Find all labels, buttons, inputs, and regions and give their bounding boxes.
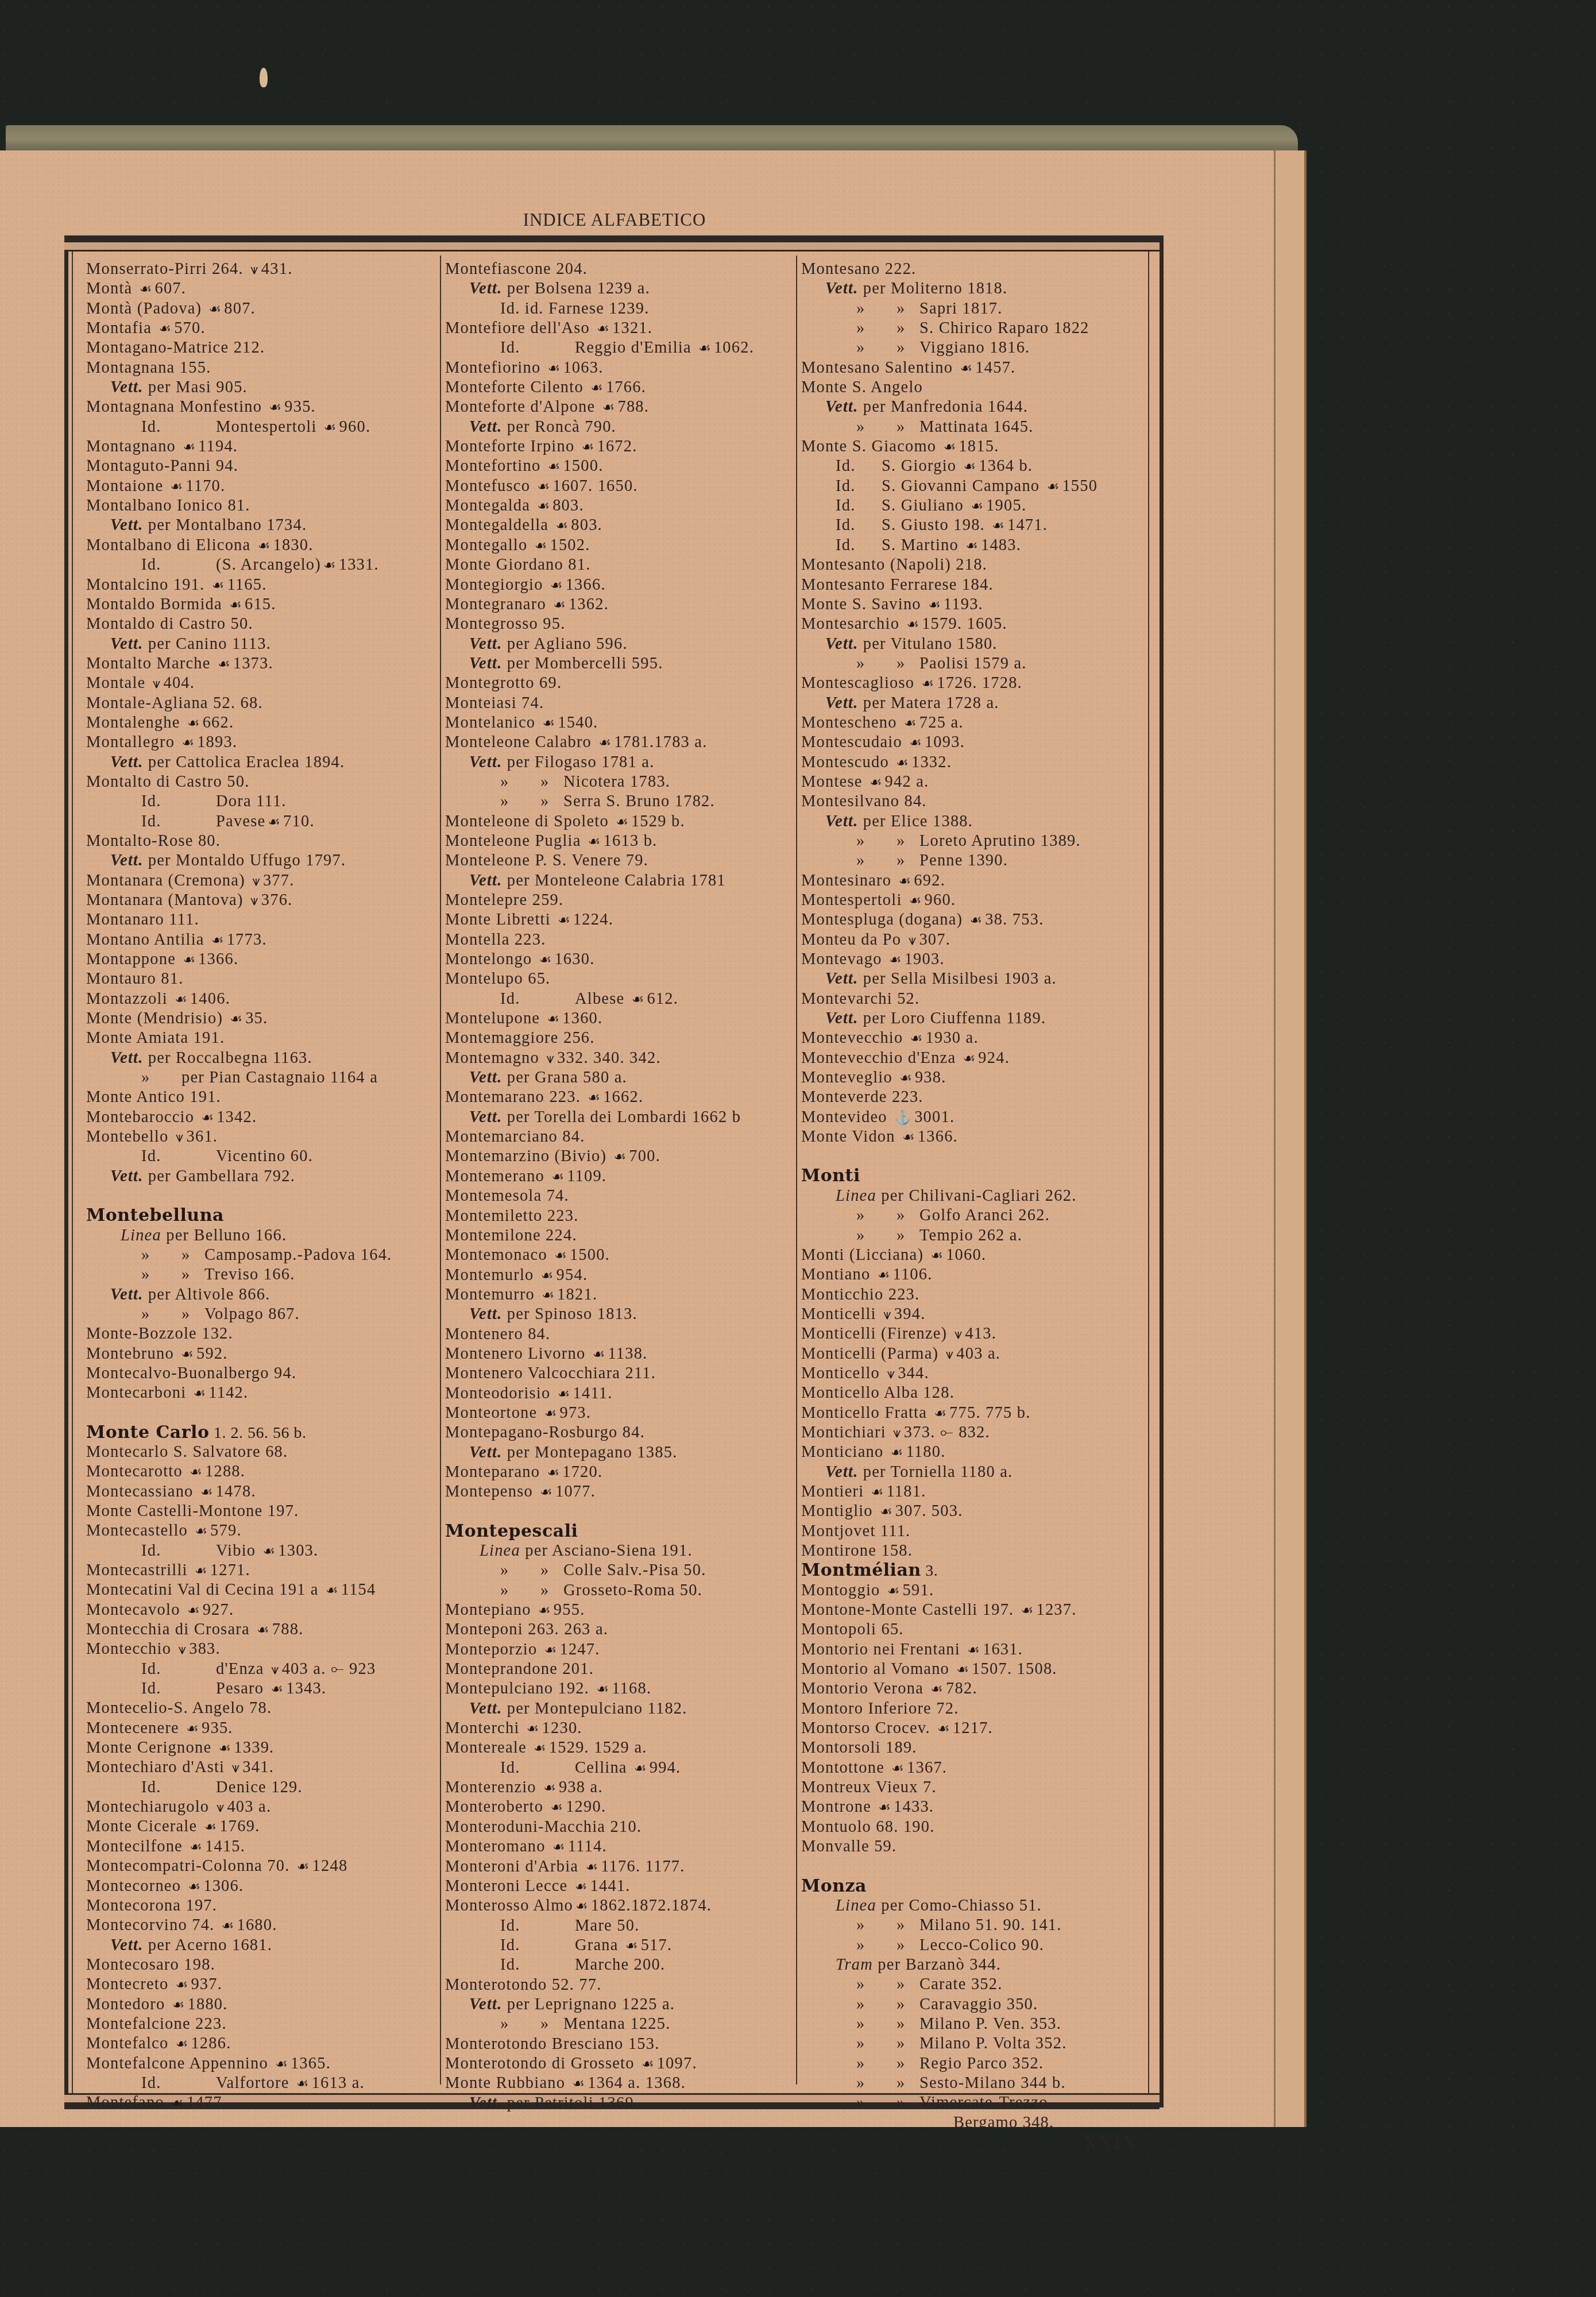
index-entry: Monte S. Giacomo ☙1815.	[801, 437, 1146, 457]
vett-label: Vett.	[825, 970, 863, 988]
stagecoach-icon: ☙	[187, 1601, 200, 1621]
stagecoach-icon: ☙	[218, 655, 231, 674]
entry-ref: 1471.	[1007, 516, 1048, 534]
stagecoach-icon: ☙	[906, 615, 919, 635]
entry-text: Monte Cicerale	[86, 1818, 202, 1835]
entry-text: Montorio Verona	[801, 1680, 928, 1697]
stagecoach-icon: ☙	[229, 595, 242, 615]
index-entry: Monteforte Cilento ☙1766.	[445, 378, 790, 397]
entry-text: Montegiorgio	[445, 576, 548, 594]
vett-label: Vett.	[110, 753, 148, 771]
stagecoach-icon: ☙	[534, 1739, 547, 1758]
index-entry: Montalbano Ionico 81.	[86, 496, 431, 516]
stagecoach-icon: ☙	[200, 1483, 214, 1502]
stagecoach-icon: ☙	[573, 2074, 586, 2094]
index-entry: Montemarciano 84.	[445, 1127, 790, 1147]
ditto-mark: »	[500, 772, 540, 792]
entry-text: Montjovet 111.	[801, 1522, 910, 1540]
entry-ref: 1060.	[946, 1246, 986, 1264]
entry-ref: 1540.	[558, 714, 598, 732]
entry-text: Lecco-Colico 90.	[919, 1936, 1044, 1954]
stagecoach-icon: ☙	[887, 1581, 901, 1601]
index-entry: Vett. per Petritoli 1369.	[445, 2094, 790, 2113]
index-entry: Monticello Fratta ☙775. 775 b.	[801, 1403, 1146, 1423]
entry-text: per Matera 1728 a.	[863, 694, 999, 712]
vett-label: Vett.	[469, 1108, 507, 1126]
index-entry: Monteroduni-Macchia 210.	[445, 1818, 790, 1837]
index-entry: Montemurlo ☙954.	[445, 1266, 790, 1285]
stagecoach-icon: ☙	[960, 359, 973, 378]
stagecoach-icon: ☙	[965, 536, 979, 556]
stagecoach-icon: ☙	[172, 1996, 186, 2015]
entry-text: Monti (Licciana)	[801, 1246, 928, 1264]
entry-ref: 579.	[210, 1522, 242, 1540]
id-label: Id.	[141, 2074, 216, 2093]
index-entry: Id.Denice 129.	[86, 1778, 431, 1797]
entry-ref: 383.	[189, 1640, 221, 1658]
entry-text: per Asciano-Siena 191.	[525, 1542, 693, 1560]
entry-text: Monte Castelli-Montone 197.	[86, 1502, 299, 1520]
entry-ref: 954.	[557, 1266, 588, 1284]
ditto-mark: »	[856, 1226, 896, 1246]
entry-text: per Moliterno 1818.	[863, 280, 1008, 297]
index-entry: Montenero 84.	[445, 1325, 790, 1344]
entry-ref: 960.	[339, 418, 371, 436]
entry-text: Montiglio	[801, 1502, 878, 1520]
stagecoach-icon: ☙	[175, 990, 188, 1010]
id-label: Id.	[836, 477, 882, 496]
entry-text: Montemurlo	[445, 1266, 539, 1284]
entry-ref: 1662.	[603, 1088, 643, 1106]
section-title: Montebelluna	[86, 1205, 224, 1225]
vett-label: Vett.	[110, 1049, 148, 1067]
index-entry: »»Volpago 867.	[86, 1305, 431, 1324]
index-entry: Id.Vicentino 60.	[86, 1147, 431, 1166]
entry-text: Montebruno	[86, 1345, 179, 1363]
entry-text: Montefalco	[86, 2035, 173, 2052]
id-label: Id.	[836, 496, 882, 516]
index-entry: Montemaggiore 256.	[445, 1028, 790, 1048]
index-entry: Montappone ☙1366.	[86, 950, 431, 969]
entry-text: Carate 352.	[919, 1975, 1003, 1993]
entry-ref: 1769.	[219, 1818, 260, 1835]
index-entry: Monticello ⩛344.	[801, 1364, 1146, 1383]
index-entry: Montefalcone Appennino ☙1365.	[86, 2054, 431, 2074]
id-label: Id.	[141, 792, 216, 811]
index-entry: Montegallo ☙1502.	[445, 536, 790, 555]
entry-ref: 612.	[647, 990, 678, 1008]
index-entry: Montescudaio ☙1093.	[801, 733, 1146, 752]
index-entry: Monteroni d'Arbia ☙1176. 1177.	[445, 1857, 790, 1877]
entry-ref: 807.	[224, 300, 256, 318]
entry-text: Montalbano di Elicona	[86, 536, 256, 554]
ditto-mark: »	[856, 2054, 896, 2074]
vett-label: Vett.	[110, 852, 148, 869]
index-entry: Monte Libretti ☙1224.	[445, 910, 790, 930]
stagecoach-icon: ☙	[922, 674, 935, 694]
index-entry: Monte Cicerale ☙1769.	[86, 1817, 431, 1836]
entry-text: Montanara (Mantova)	[86, 891, 248, 909]
index-entry: Montecarlo S. Salvatore 68.	[86, 1443, 431, 1462]
entry-text: Sapri 1817.	[919, 300, 1003, 318]
entry-ref: 413.	[965, 1325, 996, 1343]
vett-label: Vett.	[469, 280, 507, 297]
index-entry: Montefalcione 223.	[86, 2014, 431, 2034]
index-entry: »»Milano P. Ven. 353.	[801, 2014, 1146, 2034]
page-title: INDICE ALFABETICO	[0, 210, 1229, 230]
index-entry: Montemonaco ☙1500.	[445, 1246, 790, 1265]
entry-text: Montereale	[445, 1739, 531, 1757]
entry-ref: 341.	[242, 1758, 274, 1776]
vett-label: Vett.	[469, 1444, 507, 1461]
index-entry: Montale ⩛404.	[86, 674, 431, 693]
index-entry: Vett. per Canino 1113.	[86, 635, 431, 654]
entry-text: Grana	[575, 1936, 623, 1954]
entry-ref: 1905.	[986, 497, 1026, 515]
index-entry: Vett. per Filogaso 1781 a.	[445, 753, 790, 772]
entry-text: per Chilivani-Cagliari 262.	[881, 1187, 1076, 1205]
index-entry: Montemiletto 223.	[445, 1206, 790, 1226]
index-entry: Monteforte Irpino ☙1672.	[445, 437, 790, 457]
ditto-mark: »	[500, 1561, 540, 1580]
index-entry: Vett. per Sella Misilbesi 1903 a.	[801, 969, 1146, 989]
entry-text: Monticello Fratta	[801, 1404, 932, 1422]
index-entry: Monteleone P. S. Venere 79.	[445, 851, 790, 871]
entry-text: Loreto Aprutino 1389.	[919, 832, 1081, 850]
index-entry: Montelanico ☙1540.	[445, 713, 790, 733]
entry-text: Montegrotto 69.	[445, 674, 562, 692]
stagecoach-icon: ☙	[558, 911, 571, 930]
entry-text: Montirone 158.	[801, 1542, 913, 1560]
entry-text: Montevago	[801, 950, 887, 968]
index-entry: »»Loreto Aprutino 1389.	[801, 832, 1146, 851]
index-entry: Montebruno ☙592.	[86, 1344, 431, 1364]
index-entry: Montallegro ☙1893.	[86, 733, 431, 752]
stagecoach-icon: ☙	[963, 1049, 976, 1069]
entry-text: per Montalbano 1734.	[148, 516, 307, 534]
index-entry: Montichiari ⩛373. ⟜ 832.	[801, 1423, 1146, 1443]
entry-ref: 1613 b.	[604, 832, 658, 850]
index-entry: »»Mentana 1225.	[445, 2014, 790, 2034]
index-entry: »»Lecco-Colico 90.	[801, 1936, 1146, 1955]
entry-text: Monteroduni-Macchia 210.	[445, 1818, 642, 1836]
ditto-mark: »	[856, 2093, 896, 2113]
stagecoach-icon: ☙	[268, 813, 281, 832]
ditto-mark: »	[856, 851, 896, 871]
entry-text: Marche 200.	[575, 1956, 665, 1974]
entry-ref: 1290.	[566, 1798, 606, 1816]
vett-label: Vett.	[110, 1286, 148, 1304]
tram-station-icon: ⩛	[954, 1325, 963, 1344]
stagecoach-icon: ☙	[967, 1641, 980, 1660]
index-entry: Montrone ☙1433.	[801, 1797, 1146, 1817]
entry-text: Viggiano 1816.	[919, 339, 1030, 357]
tram-station-icon: ⩛	[946, 1345, 954, 1364]
entry-ref: 38. 753.	[985, 911, 1044, 929]
index-entry: Montecchia di Crosara ☙788.	[86, 1620, 431, 1639]
entry-text: Monte Giordano 81.	[445, 556, 591, 574]
vett-label: Vett.	[469, 2094, 507, 2112]
entry-text: Montebaroccio	[86, 1108, 199, 1126]
index-entry: Montieri ☙1181.	[801, 1482, 1146, 1502]
entry-text: Pavese	[216, 813, 265, 830]
index-entry: Id.Montespertoli ☙960.	[86, 417, 431, 437]
entry-text: Monte Amiata 191.	[86, 1029, 225, 1047]
index-entry: Montagnano ☙1194.	[86, 437, 431, 457]
entry-text: Montesanto (Napoli) 218.	[801, 556, 987, 574]
index-entry: Montelupo 65.	[445, 969, 790, 989]
stagecoach-icon: ☙	[944, 438, 957, 457]
index-entry: Id.Reggio d'Emilia ☙1062.	[445, 338, 790, 358]
entry-text: Montalcino 191.	[86, 576, 210, 594]
ditto-mark: »	[896, 2054, 919, 2074]
vett-label: Vett.	[825, 813, 863, 830]
entry-text: per Montepulciano 1182.	[507, 1700, 687, 1718]
entry-text: Regio Parco 352.	[919, 2055, 1044, 2072]
entry-ref: 924.	[978, 1049, 1010, 1067]
ditto-mark: »	[896, 2093, 919, 2113]
tram-station-icon: ⩛	[546, 1049, 555, 1069]
entry-text: Montesinaro	[801, 872, 896, 890]
index-entry: Montecassiano ☙1478.	[86, 1482, 431, 1502]
index-entry: Monte Antico 191.	[86, 1088, 431, 1107]
index-entry: Montegranaro ☙1362.	[445, 595, 790, 614]
entry-ref: 1726. 1728.	[937, 674, 1022, 692]
index-entry: Vett. per Bolsena 1239 a.	[445, 279, 790, 299]
entry-text: per Leprignano 1225 a.	[507, 1996, 675, 2013]
index-entry: Montuolo 68. 190.	[801, 1818, 1146, 1837]
entry-text: Tempio 262 a.	[919, 1227, 1022, 1244]
index-entry: »»Colle Salv.-Pisa 50.	[445, 1561, 790, 1580]
stagecoach-icon: ☙	[183, 438, 196, 457]
ditto-mark: »	[856, 1206, 896, 1225]
index-entry: Montreux Vieux 7.	[801, 1778, 1146, 1797]
entry-text: Monteromano	[445, 1838, 550, 1855]
index-entry: »»Paolisi 1579 a.	[801, 654, 1146, 674]
entry-ref: 1303.	[278, 1542, 318, 1560]
entry-ref: 1680.	[237, 1916, 277, 1934]
entry-ref: 927.	[203, 1601, 234, 1619]
stagecoach-icon: ☙	[187, 714, 200, 733]
index-entry: Monte Rubbiano ☙1364 a. 1368.	[445, 2074, 790, 2093]
ditto-mark: »	[141, 1265, 181, 1285]
entry-text: id. Farnese 1239.	[525, 300, 650, 318]
ditto-mark: »	[856, 299, 896, 319]
entry-ref: 938 a.	[559, 1778, 603, 1796]
ditto-mark: »	[896, 832, 919, 851]
index-entry: Vett. per Vitulano 1580.	[801, 635, 1146, 654]
index-entry: Montenero Valcocchiara 211.	[445, 1364, 790, 1383]
stagecoach-icon: ☙	[538, 1601, 551, 1621]
index-entry: Montegaldella ☙803.	[445, 516, 790, 535]
entry-ref: 803.	[571, 516, 602, 534]
entry-ref: 1500.	[563, 457, 603, 475]
entry-text: Montescaglioso	[801, 674, 919, 692]
ditto-mark: »	[500, 1581, 540, 1600]
entry-text: Monteponi 263. 263 a.	[445, 1621, 608, 1638]
entry-ref: 955.	[554, 1601, 585, 1619]
index-entry: Id.S. Giovanni Campano ☙1550	[801, 477, 1146, 496]
entry-text: Monterotondo 52. 77.	[445, 1976, 602, 1994]
stagecoach-icon: ☙	[585, 1858, 598, 1877]
stagecoach-icon: ☙	[880, 1502, 893, 1522]
index-entry: Montescheno ☙725 a.	[801, 713, 1146, 733]
entry-text: Montecorvino 74.	[86, 1916, 219, 1934]
index-entry: Tram per Barzanò 344.	[801, 1955, 1146, 1975]
entry-text: per Altivole 866.	[148, 1286, 270, 1304]
entry-text: Monserrato-Pirri 264.	[86, 260, 248, 278]
stagecoach-icon: ☙	[992, 516, 1005, 536]
entry-ref: 332. 340. 342.	[557, 1049, 661, 1067]
index-entry: Vett. per Altivole 866.	[86, 1285, 431, 1305]
entry-text: Monteforte Irpino	[445, 438, 579, 455]
entry-text: Montagnana 155.	[86, 359, 211, 377]
stagecoach-icon: ☙	[930, 1680, 944, 1699]
stagecoach-icon: ☙	[964, 457, 977, 477]
entry-text: Monterosso Almo	[445, 1897, 573, 1915]
entry-text: Monticello Alba 128.	[801, 1384, 954, 1402]
entry-text: Montaldo di Castro 50.	[86, 615, 253, 633]
index-entry: Montesano 222.	[801, 260, 1146, 279]
entry-text: Monte S. Savino	[801, 595, 926, 613]
index-entry: »»Treviso 166.	[86, 1265, 431, 1285]
entry-ref: 700.	[629, 1147, 660, 1165]
index-entry: Montegalda ☙803.	[445, 496, 790, 516]
index-entry: Monteponi 263. 263 a.	[445, 1620, 790, 1639]
index-entry: Montefiore dell'Aso ☙1321.	[445, 319, 790, 338]
entry-ref: 1106.	[892, 1266, 932, 1283]
index-entry: Montesanto (Napoli) 218.	[801, 555, 1146, 575]
stagecoach-icon: ☙	[176, 1975, 189, 1995]
entry-text: Monteroberto	[445, 1798, 548, 1816]
index-entry: Monterotondo Bresciano 153.	[445, 2035, 790, 2054]
entry-ref: 1433.	[894, 1798, 934, 1816]
stagecoach-icon: ☙	[902, 1128, 915, 1147]
column-divider	[440, 256, 441, 2085]
index-entry: Vett. per Monteleone Calabria 1781	[445, 871, 790, 891]
index-entry: »»Mattinata 1645.	[801, 417, 1146, 437]
entry-text: Monticelli	[801, 1305, 881, 1323]
ditto-mark: »	[540, 792, 563, 811]
stagecoach-icon: ☙	[324, 418, 337, 438]
stagecoach-icon: ☙	[934, 1404, 947, 1424]
index-entry: Id.S. Martino ☙1483.	[801, 536, 1146, 555]
entry-ref: 1579. 1605.	[922, 615, 1007, 633]
index-entry: Montiglio ☙307. 503.	[801, 1502, 1146, 1521]
entry-text: Vimercate-Trezzo-	[919, 2094, 1054, 2112]
section-refs: 3.	[921, 1562, 938, 1580]
stagecoach-icon: ☙	[909, 891, 922, 911]
entry-ref: 615.	[245, 595, 276, 613]
index-entry: Montottone ☙1367.	[801, 1758, 1146, 1778]
index-entry: Montecalvo-Buonalbergo 94.	[86, 1364, 431, 1383]
entry-text: Monteleone Puglia	[445, 832, 586, 850]
index-entry: Montafia ☙570.	[86, 319, 431, 338]
index-entry: Monteprandone 201.	[445, 1660, 790, 1679]
index-entry: »»Regio Parco 352.	[801, 2054, 1146, 2074]
ditto-mark: »	[141, 1068, 181, 1088]
page-number: XXIX	[1083, 2132, 1138, 2154]
ditto-mark: »	[896, 2074, 919, 2093]
index-entry: Id.Dora 111.	[86, 792, 431, 811]
stagecoach-icon: ☙	[575, 1897, 589, 1916]
index-entry: Montaldo di Castro 50.	[86, 614, 431, 634]
index-entry: Montescaglioso ☙1726. 1728.	[801, 674, 1146, 693]
entry-text: Montecorneo	[86, 1877, 186, 1895]
index-entry: Montorso Crocev. ☙1217.	[801, 1719, 1146, 1738]
entry-text: Montechiarugolo	[86, 1798, 214, 1816]
vett-label: Vett.	[469, 1069, 507, 1086]
index-entry: Vett. per Masi 905.	[86, 378, 431, 397]
index-entry: Montefano ☙1477.	[86, 2093, 431, 2113]
index-entry: Montecarboni ☙1142.	[86, 1383, 431, 1403]
entry-text: S. Chirico Raparo 1822	[919, 319, 1089, 337]
entry-ref: 1821.	[557, 1286, 597, 1304]
entry-text: Montemagno	[445, 1049, 544, 1067]
ditto-mark: »	[856, 1916, 896, 1935]
index-entry: Montaldo Bormida ☙615.	[86, 595, 431, 614]
entry-ref: 1457.	[975, 359, 1015, 377]
entry-text: Montegranaro	[445, 595, 551, 613]
ditto-mark: »	[181, 1265, 204, 1285]
ditto-mark: »	[856, 2034, 896, 2054]
stagecoach-icon: ☙	[550, 576, 563, 595]
index-entry: Montopoli 65.	[801, 1620, 1146, 1639]
entry-ref: 591.	[903, 1581, 934, 1599]
tram-station-icon: ⩛	[252, 872, 261, 891]
index-entry: Montagnana 155.	[86, 358, 431, 378]
stagecoach-icon: ☙	[537, 477, 550, 497]
index-entry: Vett. per Montaldo Uffugo 1797.	[86, 851, 431, 871]
entry-ref: 710.	[283, 813, 315, 830]
entry-ref: 1672.	[597, 438, 637, 455]
index-entry: Montirone 158.	[801, 1541, 1146, 1561]
index-entry: Monterenzio ☙938 a.	[445, 1778, 790, 1797]
entry-text: Monteu da Po	[801, 931, 906, 949]
entry-text: Camposamp.-Padova 164.	[204, 1246, 392, 1264]
index-entry: Montemilone 224.	[445, 1226, 790, 1246]
stagecoach-icon: ☙	[542, 1286, 555, 1305]
entry-ref: 1720.	[562, 1463, 602, 1481]
index-entry: Montalto Marche ☙1373.	[86, 654, 431, 674]
index-entry: Bergamo 348.	[801, 2113, 1146, 2133]
stagecoach-icon: ☙	[548, 359, 561, 378]
entry-text: Montorsoli 189.	[801, 1739, 917, 1757]
index-entry: Monteortone ☙973.	[445, 1403, 790, 1423]
entry-ref: 1862.1872.1874.	[591, 1897, 712, 1915]
entry-ref: 1930 a.	[925, 1029, 978, 1047]
stagecoach-icon: ☙	[186, 1719, 199, 1739]
entry-text: Milano P. Ven. 353.	[919, 2015, 1061, 2033]
index-entry: Montecastrilli ☙1271.	[86, 1561, 431, 1580]
entry-text: Montà (Padova)	[86, 300, 207, 318]
index-entry: Monteveglio ☙938.	[801, 1068, 1146, 1088]
tram-station-icon: ⩛	[217, 1798, 225, 1818]
vett-label: Vett.	[469, 655, 507, 672]
entry-text: Denice 129.	[216, 1778, 303, 1796]
ditto-mark: »	[896, 1916, 919, 1935]
entry-text: per Canino 1113.	[148, 635, 271, 653]
ditto-mark: »	[540, 2014, 563, 2034]
index-entry: Monti (Licciana) ☙1060.	[801, 1246, 1146, 1265]
entry-ref: 1093.	[925, 733, 965, 751]
entry-ref: 1138.	[608, 1345, 647, 1363]
entry-ref: 788.	[617, 398, 649, 416]
entry-ref: 1781.1783 a.	[614, 733, 707, 751]
entry-ref: 1248	[312, 1857, 348, 1875]
frame-top-rule	[64, 235, 1160, 252]
index-entry: Vett. per Cattolica Eraclea 1894.	[86, 753, 431, 772]
